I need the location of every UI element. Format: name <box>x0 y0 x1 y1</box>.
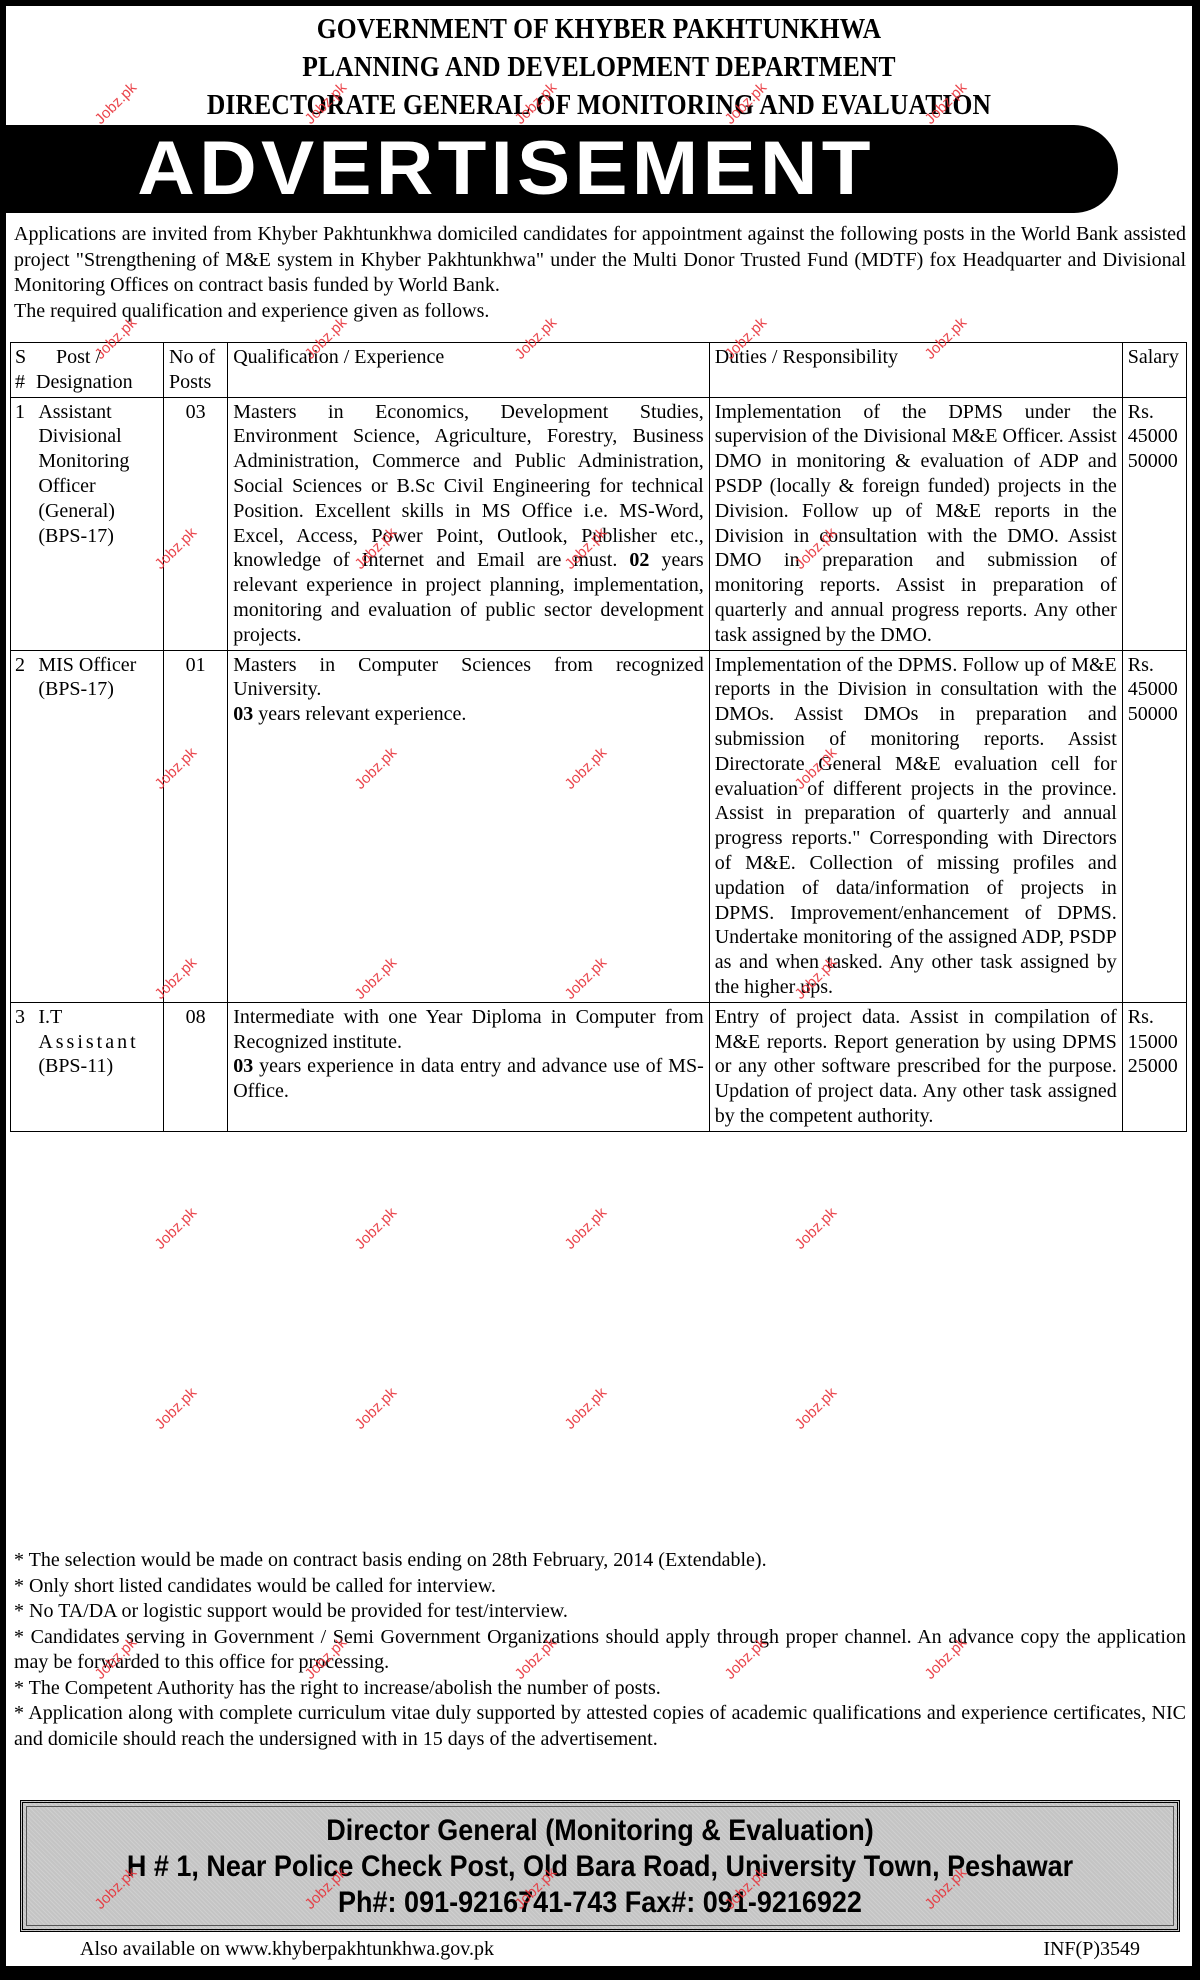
experience-years: 03 <box>233 703 253 725</box>
note-item: * No TA/DA or logistic support would be … <box>14 1599 1186 1625</box>
salary-line: 50000 <box>1128 702 1181 727</box>
qualification-text: Masters in Computer Sciences from recogn… <box>233 654 704 701</box>
post-line: Assistant <box>38 400 158 425</box>
intro-paragraph: Applications are invited from Khyber Pak… <box>14 222 1186 324</box>
cell-duties: Entry of project data. Assist in compila… <box>709 1002 1122 1131</box>
cell-duties: Implementation of the DPMS. Follow up of… <box>709 650 1122 1002</box>
website-note: Also available on www.khyberpakhtunkhwa.… <box>80 1938 494 1961</box>
col-header-post-line1: Post / <box>56 346 101 368</box>
header-department: PLANNING AND DEVELOPMENT DEPARTMENT <box>77 48 1121 86</box>
cell-duties: Implementation of the DPMS under the sup… <box>709 397 1122 650</box>
banner-title: ADVERTISEMENT <box>0 125 1031 213</box>
experience-text: years experience in data entry and advan… <box>233 1055 704 1102</box>
table-row: 1AssistantDivisionalMonitoringOfficer(Ge… <box>11 397 1187 650</box>
cell-salary: Rs.4500050000 <box>1122 650 1186 1002</box>
salary-line: 50000 <box>1128 449 1181 474</box>
salary-line: 25000 <box>1128 1054 1181 1079</box>
qualification-text: Masters in Economics, Development Studie… <box>233 401 704 572</box>
col-header-duties: Duties / Responsibility <box>709 343 1122 398</box>
post-line: (BPS-17) <box>38 677 158 702</box>
cell-qualification: Masters in Computer Sciences from recogn… <box>228 650 710 1002</box>
col-header-no-of-posts: No of Posts <box>164 343 228 398</box>
post-line: Monitoring <box>38 449 158 474</box>
serial-number: 2 <box>15 654 25 676</box>
note-item: * Candidates serving in Government / Sem… <box>14 1625 1186 1676</box>
cell-qualification: Masters in Economics, Development Studie… <box>228 397 710 650</box>
cell-no-of-posts: 03 <box>164 397 228 650</box>
note-item: * The selection would be made on contrac… <box>14 1548 1186 1574</box>
cell-post: MIS Officer(BPS-17) <box>38 650 163 1002</box>
notes-list: * The selection would be made on contrac… <box>14 1548 1186 1752</box>
qualification-text: Intermediate with one Year Diploma in Co… <box>233 1006 704 1053</box>
table-row: 2MIS Officer(BPS-17)01Masters in Compute… <box>11 650 1187 1002</box>
post-line: Assistant <box>38 1030 158 1055</box>
department-header: GOVERNMENT OF KHYBER PAKHTUNKHWA PLANNIN… <box>6 6 1192 124</box>
header-directorate: DIRECTORATE GENERAL OF MONITORING AND EV… <box>77 86 1121 124</box>
salary-line: Rs. <box>1128 653 1181 678</box>
post-line: MIS Officer <box>38 653 158 678</box>
cell-post: I.TAssistant(BPS-11) <box>38 1002 163 1131</box>
experience-text: years relevant experience. <box>258 703 466 725</box>
reference-number: INF(P)3549 <box>1043 1938 1140 1961</box>
col-header-post: S Post / # Designation <box>11 343 164 398</box>
post-line: Officer <box>38 474 158 499</box>
note-item: * The Competent Authority has the right … <box>14 1676 1186 1702</box>
cell-post: AssistantDivisionalMonitoringOfficer(Gen… <box>38 397 163 650</box>
cell-no-of-posts: 08 <box>164 1002 228 1131</box>
cell-salary: Rs.4500050000 <box>1122 397 1186 650</box>
experience-years: 03 <box>233 1055 253 1077</box>
cell-sno: 2 <box>11 650 39 1002</box>
serial-number: 3 <box>15 1006 25 1028</box>
address-phone-fax: Ph#: 091-9216741-743 Fax#: 091-9216922 <box>81 1885 1120 1921</box>
col-header-qualification: Qualification / Experience <box>228 343 710 398</box>
header-government: GOVERNMENT OF KHYBER PAKHTUNKHWA <box>77 10 1121 48</box>
cell-sno: 1 <box>11 397 39 650</box>
post-line: Divisional <box>38 424 158 449</box>
intro-last-line: The required qualification and experienc… <box>14 299 1186 325</box>
col-header-salary: Salary <box>1122 343 1186 398</box>
col-header-no-line2: Posts <box>169 370 222 395</box>
serial-number: 1 <box>15 401 25 423</box>
advertisement-banner: ADVERTISEMENT <box>6 125 1118 213</box>
address-recipient: Director General (Monitoring & Evaluatio… <box>81 1813 1120 1849</box>
salary-line: Rs. <box>1128 400 1181 425</box>
post-line: (General) <box>38 499 158 524</box>
cell-no-of-posts: 01 <box>164 650 228 1002</box>
post-line: (BPS-17) <box>38 524 158 549</box>
intro-text: Applications are invited from Khyber Pak… <box>14 222 1186 299</box>
posts-table: S Post / # Designation No of Posts Quali… <box>10 342 1187 1132</box>
salary-line: Rs. <box>1128 1005 1181 1030</box>
col-header-no-line1: No of <box>169 345 222 370</box>
cell-salary: Rs.1500025000 <box>1122 1002 1186 1131</box>
address-street: H # 1, Near Police Check Post, Old Bara … <box>81 1849 1120 1885</box>
post-line: (BPS-11) <box>38 1054 158 1079</box>
experience-years: 02 <box>629 549 649 571</box>
col-header-s: S <box>15 345 31 370</box>
cell-sno: 3 <box>11 1002 39 1131</box>
salary-line: 15000 <box>1128 1030 1181 1055</box>
note-item: * Application along with complete curric… <box>14 1701 1186 1752</box>
note-item: * Only short listed candidates would be … <box>14 1574 1186 1600</box>
table-row: 3I.TAssistant(BPS-11)08Intermediate with… <box>11 1002 1187 1131</box>
col-header-hash: # <box>15 370 31 395</box>
col-header-post-line2: Designation <box>36 371 133 393</box>
post-line: I.T <box>38 1005 158 1030</box>
salary-line: 45000 <box>1128 424 1181 449</box>
cell-qualification: Intermediate with one Year Diploma in Co… <box>228 1002 710 1131</box>
address-box: Director General (Monitoring & Evaluatio… <box>20 1800 1180 1932</box>
salary-line: 45000 <box>1128 677 1181 702</box>
table-header-row: S Post / # Designation No of Posts Quali… <box>11 343 1187 398</box>
